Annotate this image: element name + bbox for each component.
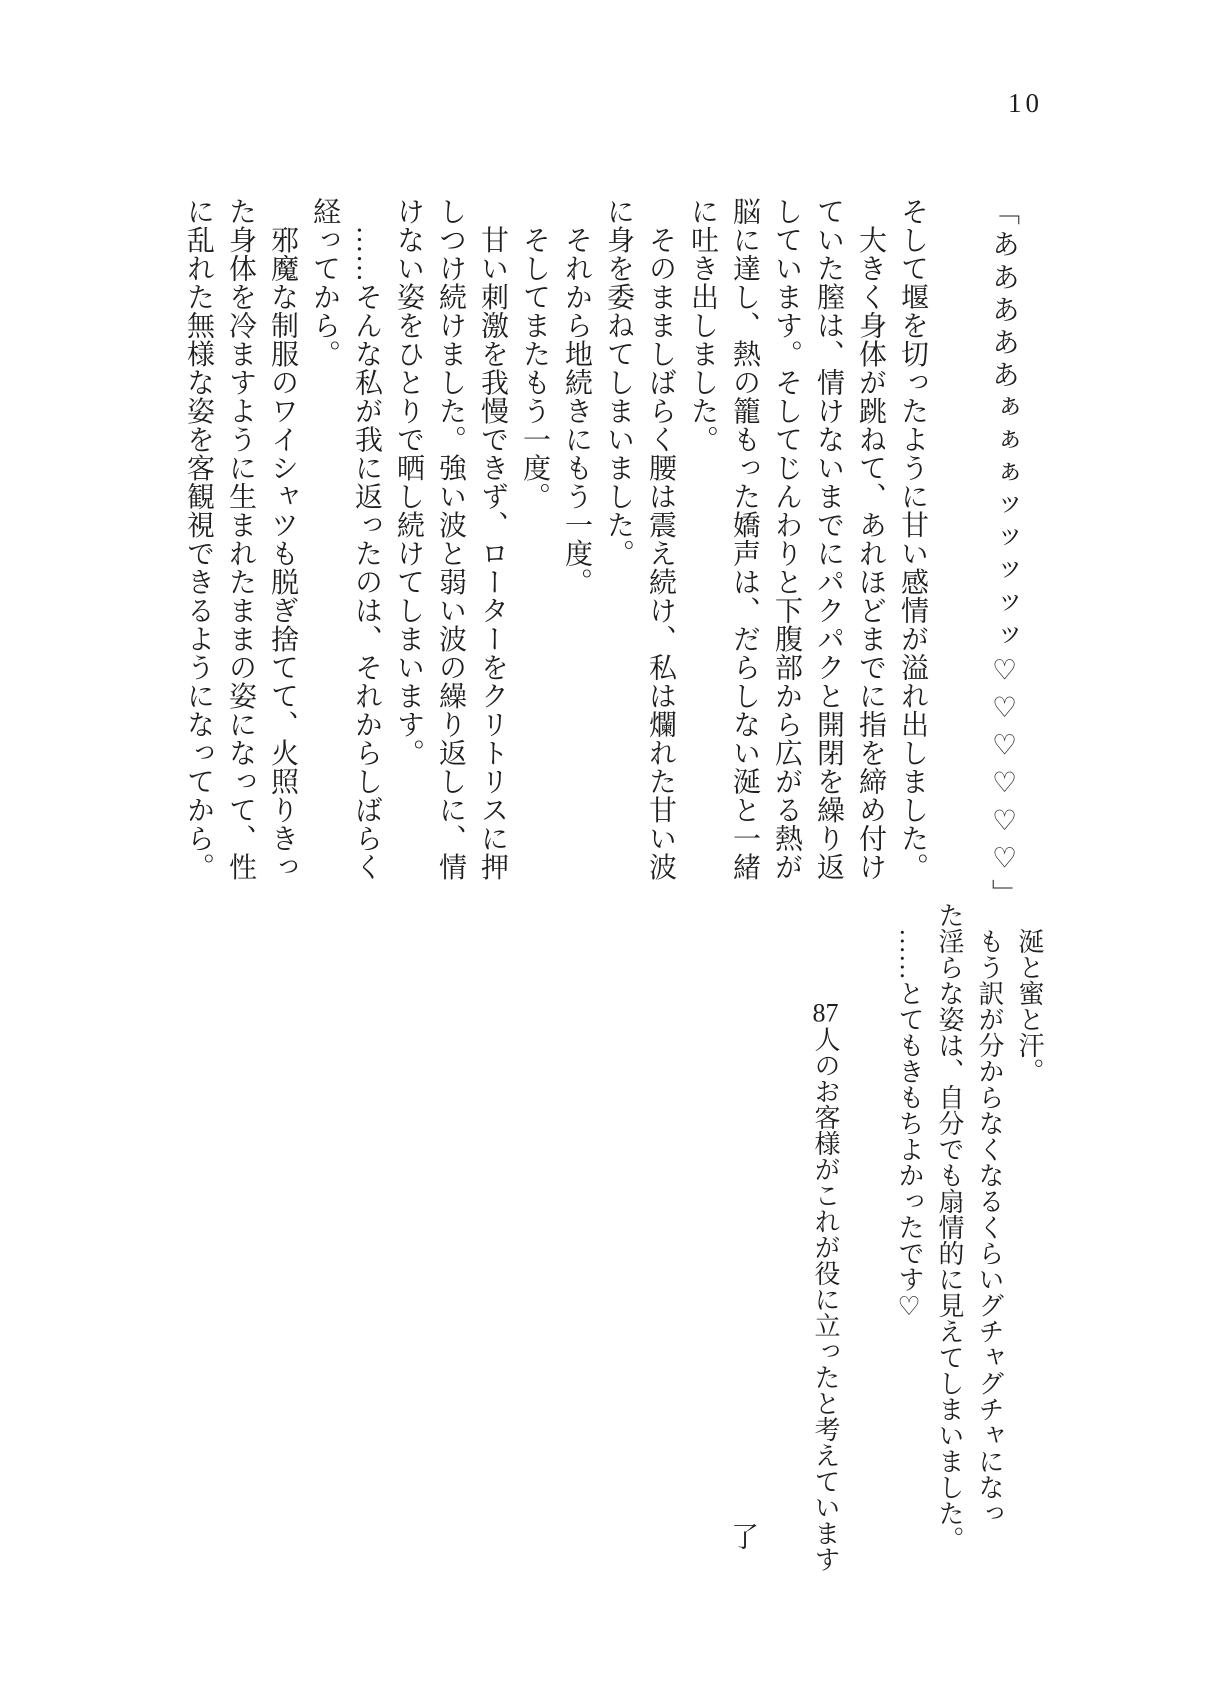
book-page: { "page": { "number": "10", "background_… xyxy=(0,0,1212,1700)
upper-text-block: そして堰を切ったように甘い感情が溢れ出しました。 大きく身体が跳ねて、あれほどま… xyxy=(177,197,933,889)
dialogue-line: 「あああああぁぁぁッッッッッ♡♡♡♡♡♡」 xyxy=(986,197,1020,917)
review-helpful-count: 87 xyxy=(811,1000,840,1026)
page-number: 10 xyxy=(1008,88,1043,119)
review-helpful-line: 87人のお客様がこれが役に立ったと考えています xyxy=(805,1000,845,1600)
end-mark: 了 xyxy=(722,1522,762,1550)
lower-text-block: 涎と蜜と汗。 もう訳が分からなくなるくらいグチャグチャになっ た淫らな姿は、自分… xyxy=(889,902,1049,1558)
review-helpful-text: 人のお客様がこれが役に立ったと考えています xyxy=(811,1026,840,1572)
